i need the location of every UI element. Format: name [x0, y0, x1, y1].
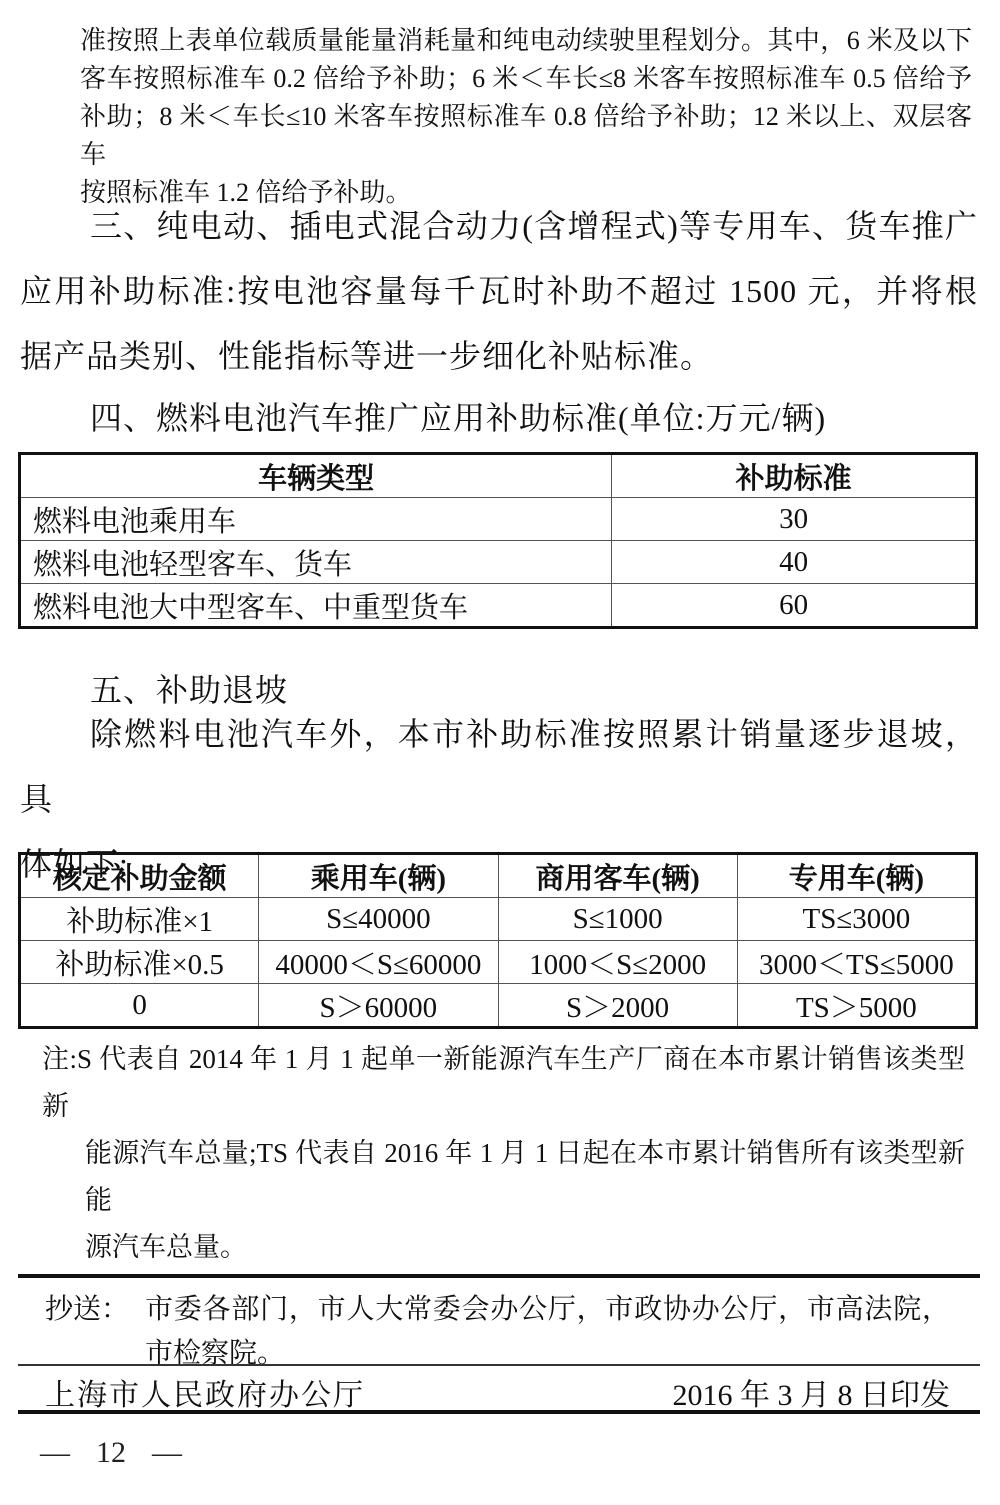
table-cell: S≤1000	[498, 898, 737, 941]
table-cell: 补助标准×1	[20, 898, 259, 941]
table-cell: S＞2000	[498, 984, 737, 1028]
table-cell: TS＞5000	[737, 984, 976, 1028]
page-number-dash: —	[40, 1436, 70, 1470]
intro-line: 准按照上表单位载质量能量消耗量和纯电动续驶里程划分。其中，6 米及以下	[80, 22, 972, 60]
section-3-line: 应用补助标准:按电池容量每千瓦时补助不超过 1500 元，并将根	[20, 259, 978, 324]
section-4-heading: 四、燃料电池汽车推广应用补助标准(单位:万元/辆)	[20, 386, 978, 451]
cc-label: 抄送：	[45, 1288, 145, 1332]
section-3-paragraph: 三、纯电动、插电式混合动力(含增程式)等专用车、货车推广 应用补助标准:按电池容…	[20, 194, 978, 389]
table-cell: 补助标准×0.5	[20, 941, 259, 984]
table-cell: 燃料电池轻型客车、货车	[20, 541, 612, 584]
table-header-cell: 专用车(辆)	[737, 854, 976, 898]
table-cell: 0	[20, 984, 259, 1028]
table-header-row: 核定补助金额 乘用车(辆) 商用客车(辆) 专用车(辆)	[20, 854, 977, 898]
table-row: 0 S＞60000 S＞2000 TS＞5000	[20, 984, 977, 1028]
section-3-line: 据产品类别、性能指标等进一步细化补贴标准。	[20, 324, 978, 389]
footer-divider-bottom	[18, 1410, 980, 1414]
table-header-cell: 核定补助金额	[20, 854, 259, 898]
table-row: 燃料电池轻型客车、货车 40	[20, 541, 977, 584]
table-row: 燃料电池乘用车 30	[20, 498, 977, 541]
section-4-heading-line: 四、燃料电池汽车推广应用补助标准(单位:万元/辆)	[20, 386, 978, 451]
table-cell: 40	[612, 541, 977, 584]
table-row: 补助标准×1 S≤40000 S≤1000 TS≤3000	[20, 898, 977, 941]
cc-row: 抄送： 市委各部门，市人大常委会办公厅，市政协办公厅，市高法院，	[45, 1288, 950, 1332]
table-cell: TS≤3000	[737, 898, 976, 941]
intro-paragraph: 准按照上表单位载质量能量消耗量和纯电动续驶里程划分。其中，6 米及以下 客车按照…	[80, 22, 972, 212]
cc-block: 抄送： 市委各部门，市人大常委会办公厅，市政协办公厅，市高法院， 市检察院。	[45, 1288, 950, 1376]
table-row: 补助标准×0.5 40000＜S≤60000 1000＜S≤2000 3000＜…	[20, 941, 977, 984]
table-cell: S≤40000	[259, 898, 498, 941]
table-cell: 燃料电池大中型客车、中重型货车	[20, 584, 612, 628]
table-cell: 40000＜S≤60000	[259, 941, 498, 984]
section-5-line: 除燃料电池汽车外，本市补助标准按照累计销量逐步退坡，具	[20, 702, 978, 832]
issuing-office: 上海市人民政府办公厅	[45, 1370, 365, 1414]
subsidy-degression-table: 核定补助金额 乘用车(辆) 商用客车(辆) 专用车(辆) 补助标准×1 S≤40…	[18, 852, 978, 1029]
fuel-cell-subsidy-table: 车辆类型 补助标准 燃料电池乘用车 30 燃料电池轻型客车、货车 40 燃料电池…	[18, 452, 978, 629]
footer-divider-middle	[18, 1364, 980, 1366]
table-note: 注:S 代表自 2014 年 1 月 1 起单一新能源汽车生产厂商在本市累计销售…	[42, 1036, 965, 1271]
intro-line: 补助；8 米＜车长≤10 米客车按照标准车 0.8 倍给予补助；12 米以上、双…	[80, 98, 972, 174]
table-cell: 1000＜S≤2000	[498, 941, 737, 984]
table-cell: 30	[612, 498, 977, 541]
issuer-row: 上海市人民政府办公厅 2016 年 3 月 8 日印发	[18, 1372, 980, 1412]
page-number: — 12 —	[40, 1436, 182, 1470]
print-date: 2016 年 3 月 8 日印发	[673, 1370, 951, 1414]
table-cell: S＞60000	[259, 984, 498, 1028]
page-number-value: 12	[96, 1436, 126, 1470]
cc-recipients-line: 市委各部门，市人大常委会办公厅，市政协办公厅，市高法院，	[145, 1288, 950, 1332]
note-line: 源汽车总量。	[85, 1224, 965, 1271]
note-line: 注:S 代表自 2014 年 1 月 1 起单一新能源汽车生产厂商在本市累计销售…	[42, 1036, 965, 1130]
table-cell: 3000＜TS≤5000	[737, 941, 976, 984]
table-cell: 60	[612, 584, 977, 628]
table-row: 燃料电池大中型客车、中重型货车 60	[20, 584, 977, 628]
table-header-cell: 车辆类型	[20, 454, 612, 498]
page-number-dash: —	[152, 1436, 182, 1470]
table-header-cell: 乘用车(辆)	[259, 854, 498, 898]
section-3-heading-line: 三、纯电动、插电式混合动力(含增程式)等专用车、货车推广	[20, 194, 978, 259]
table-cell: 燃料电池乘用车	[20, 498, 612, 541]
table-header-cell: 补助标准	[612, 454, 977, 498]
table-header-row: 车辆类型 补助标准	[20, 454, 977, 498]
note-line: 能源汽车总量;TS 代表自 2016 年 1 月 1 日起在本市累计销售所有该类…	[85, 1130, 965, 1224]
intro-line: 客车按照标准车 0.2 倍给予补助；6 米＜车长≤8 米客车按照标准车 0.5 …	[80, 60, 972, 98]
table-header-cell: 商用客车(辆)	[498, 854, 737, 898]
footer-divider-top	[18, 1274, 980, 1278]
